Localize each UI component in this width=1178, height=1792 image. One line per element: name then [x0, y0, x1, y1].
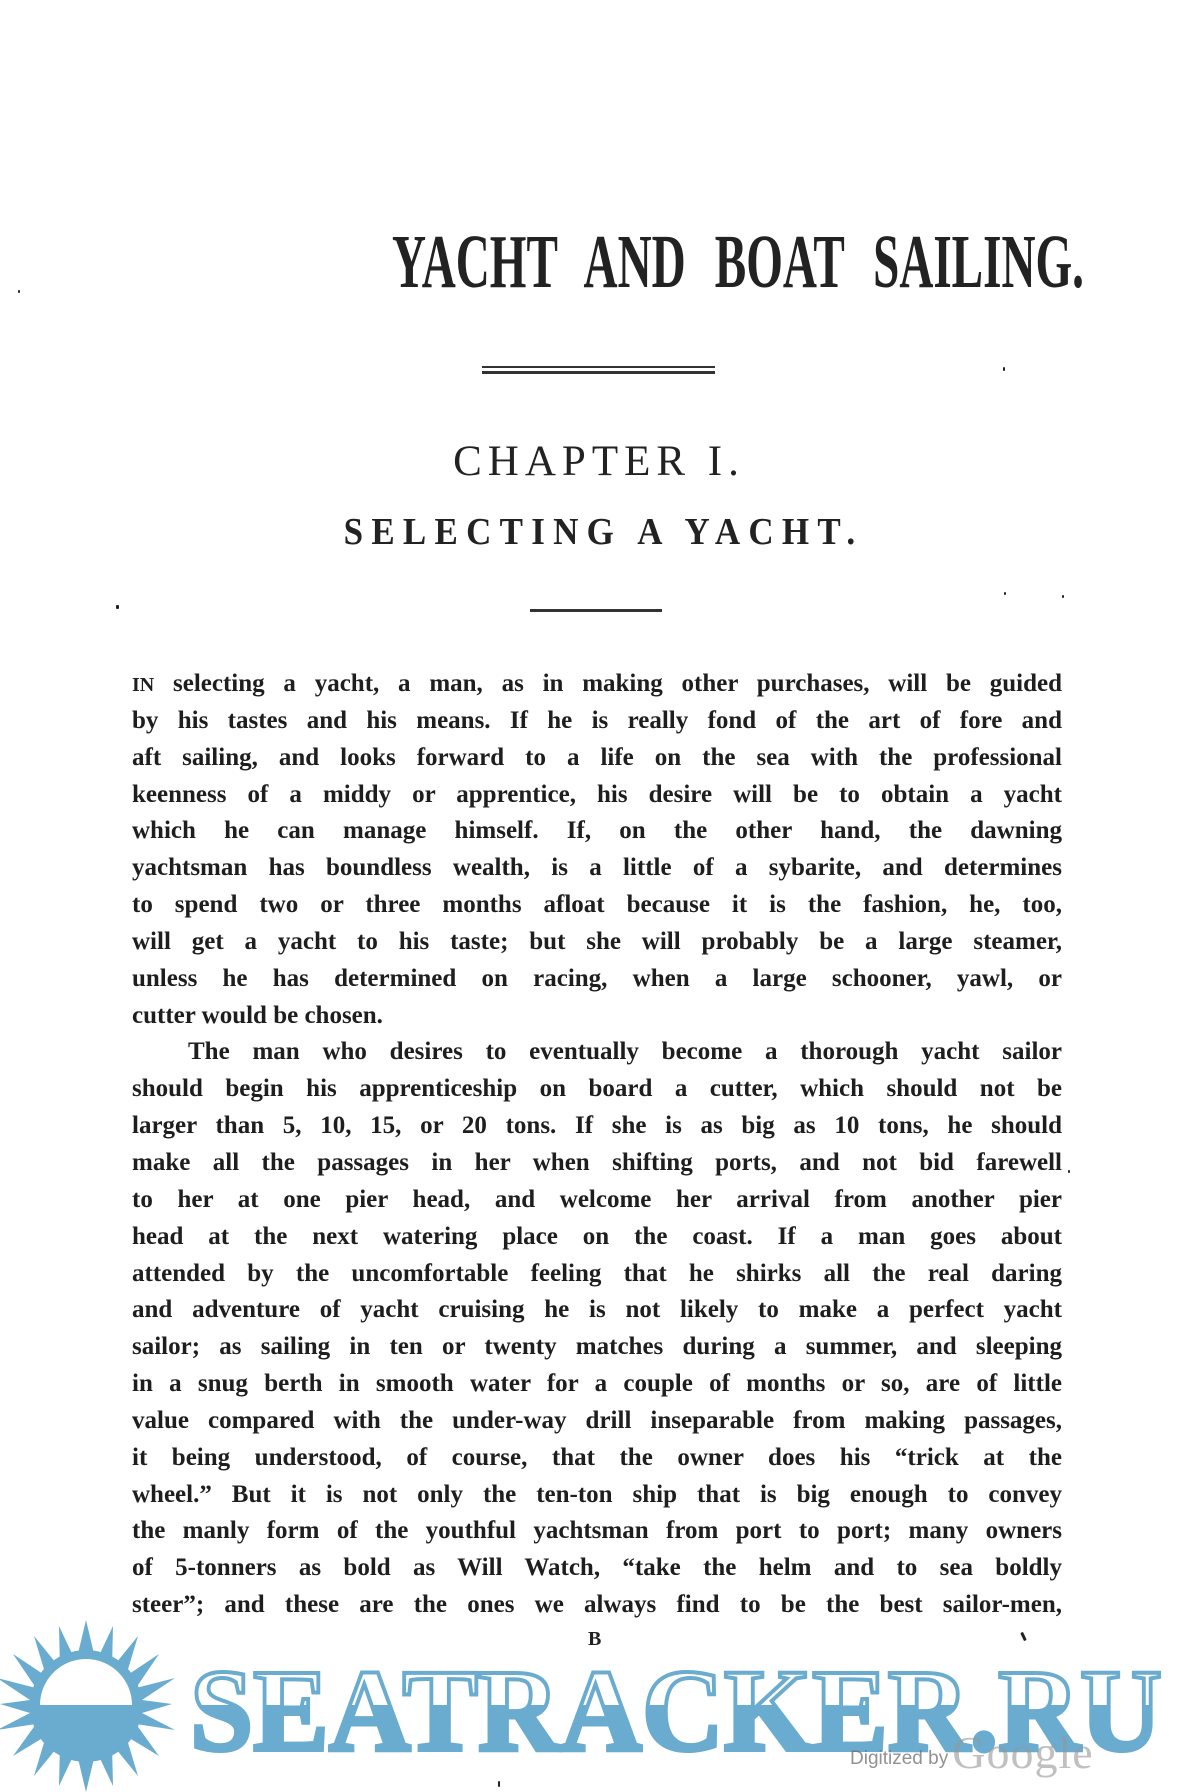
print-speck	[18, 290, 20, 293]
digitized-by-google: Digitized byGoogle	[850, 1722, 1094, 1775]
chapter-heading: CHAPTER I.	[0, 438, 1178, 486]
rule-line	[482, 366, 715, 368]
print-speck	[1068, 1170, 1070, 1173]
text-line: the manly form of the youthful yachtsman…	[132, 1513, 1062, 1550]
text-line: IN selecting a yacht, a man, as in makin…	[132, 666, 1062, 703]
book-page: YACHT AND BOAT SAILING. CHAPTER I. SELEC…	[0, 0, 1178, 1792]
chapter-rule	[530, 609, 662, 612]
rule-line	[482, 371, 715, 374]
print-speck	[1003, 367, 1005, 371]
print-speck	[1004, 592, 1006, 595]
chapter-subtitle-text: SELECTING A YACHT.	[344, 510, 864, 554]
text-line: and adventure of yacht cruising he is no…	[132, 1292, 1062, 1329]
text-line: by his tastes and his means. If he is re…	[132, 703, 1062, 740]
text-line: make all the passages in her when shifti…	[132, 1145, 1062, 1182]
text-line: it being understood, of course, that the…	[132, 1440, 1062, 1477]
book-title: YACHT AND BOAT SAILING.	[180, 224, 1025, 300]
google-logo-text: Google	[952, 1727, 1093, 1778]
small-caps-opening: IN	[132, 674, 154, 696]
text-line: should begin his apprenticeship on board…	[132, 1071, 1062, 1108]
title-double-rule	[482, 366, 715, 375]
text-line: larger than 5, 10, 15, or 20 tons. If sh…	[132, 1108, 1062, 1145]
text-line: wheel.” But it is not only the ten-ton s…	[132, 1477, 1062, 1514]
digitized-prefix: Digitized by	[850, 1748, 948, 1769]
text-line: unless he has determined on racing, when…	[132, 961, 1062, 998]
print-speck	[1062, 595, 1064, 598]
text-line: yachtsman has boundless wealth, is a lit…	[132, 850, 1062, 887]
text-line: steer”; and these are the ones we always…	[132, 1587, 1062, 1624]
text-line: cutter would be chosen.	[132, 998, 1062, 1035]
text-line: keenness of a middy or apprentice, his d…	[132, 777, 1062, 814]
text-line: sailor; as sailing in ten or twenty matc…	[132, 1329, 1062, 1366]
text-line: head at the next watering place on the c…	[132, 1219, 1062, 1256]
book-title-text: YACHT AND BOAT SAILING.	[392, 224, 1084, 300]
text-line: The man who desires to eventually become…	[132, 1034, 1062, 1071]
text-line: of 5-tonners as bold as Will Watch, “tak…	[132, 1550, 1062, 1587]
text-line: in a snug berth in smooth water for a co…	[132, 1366, 1062, 1403]
text-line: which he can manage himself. If, on the …	[132, 813, 1062, 850]
text-line: to spend two or three months afloat beca…	[132, 887, 1062, 924]
print-speck	[116, 605, 119, 609]
text-line: to her at one pier head, and welcome her…	[132, 1182, 1062, 1219]
sun-over-sea-icon	[0, 1620, 175, 1792]
chapter-subtitle: SELECTING A YACHT.	[0, 510, 1178, 554]
body-text: IN selecting a yacht, a man, as in makin…	[132, 666, 1062, 1624]
text-line: value compared with the under-way drill …	[132, 1403, 1062, 1440]
text-line: attended by the uncomfortable feeling th…	[132, 1256, 1062, 1293]
text-line: aft sailing, and looks forward to a life…	[132, 740, 1062, 777]
text-line: will get a yacht to his taste; but she w…	[132, 924, 1062, 961]
